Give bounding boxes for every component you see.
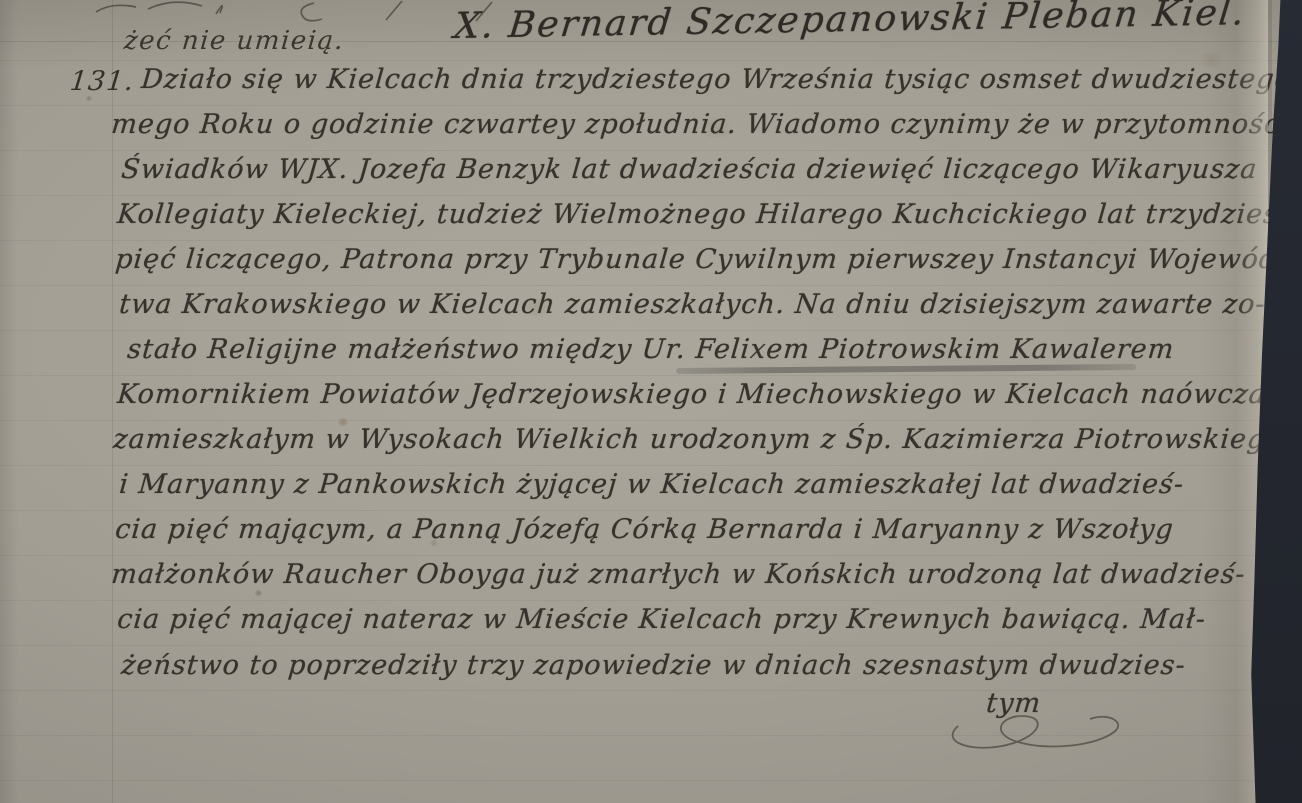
manuscript-line: Kollegiaty Kieleckiej, tudzież Wielmożne… [116, 199, 1302, 230]
manuscript-line: i Maryanny z Pankowskich żyjącej w Kielc… [118, 469, 1185, 500]
manuscript-line: cia pięć mającej nateraz w Mieście Kielc… [116, 604, 1207, 635]
manuscript-line: mego Roku o godzinie czwartey zpołudnia.… [110, 109, 1291, 140]
cropped-previous-line-strokes [88, 0, 508, 22]
priest-signature: X. Bernard Szczepanowski Pleban Kiel. [452, 0, 1248, 47]
previous-entry-closing-text: żeć nie umieią. [123, 26, 346, 56]
manuscript-line: Komornikiem Powiatów Jędrzejowskiego i M… [116, 379, 1282, 410]
record-number: 131. [68, 66, 135, 97]
manuscript-line: pięć liczącego, Patrona przy Trybunale C… [114, 244, 1302, 275]
flourish-doodle [930, 700, 1140, 760]
manuscript-line: małżonków Raucher Oboyga już zmarłych w … [110, 559, 1247, 590]
manuscript-line: zamieszkałym w Wysokach Wielkich urodzon… [112, 424, 1284, 455]
manuscript-line: cia pięć mającym, a Panną Józefą Córką B… [114, 514, 1175, 545]
manuscript-line: stało Religijne małżeństwo między Ur. Fe… [126, 334, 1176, 365]
paper-stain [255, 590, 262, 596]
manuscript-line: Świadków WJX. Jozefa Benzyk lat dwadzieś… [120, 154, 1259, 185]
left-edge-shadow [0, 0, 18, 803]
pencil-underline [676, 364, 1136, 374]
manuscript-page-scan: żeć nie umieią. X. Bernard Szczepanowski… [0, 0, 1302, 803]
manuscript-line: żeństwo to poprzedziły trzy zapowiedzie … [120, 650, 1187, 681]
manuscript-line: twa Krakowskiego w Kielcach zamieszkałyc… [118, 289, 1267, 320]
manuscript-line: Działo się w Kielcach dnia trzydziestego… [140, 64, 1302, 95]
